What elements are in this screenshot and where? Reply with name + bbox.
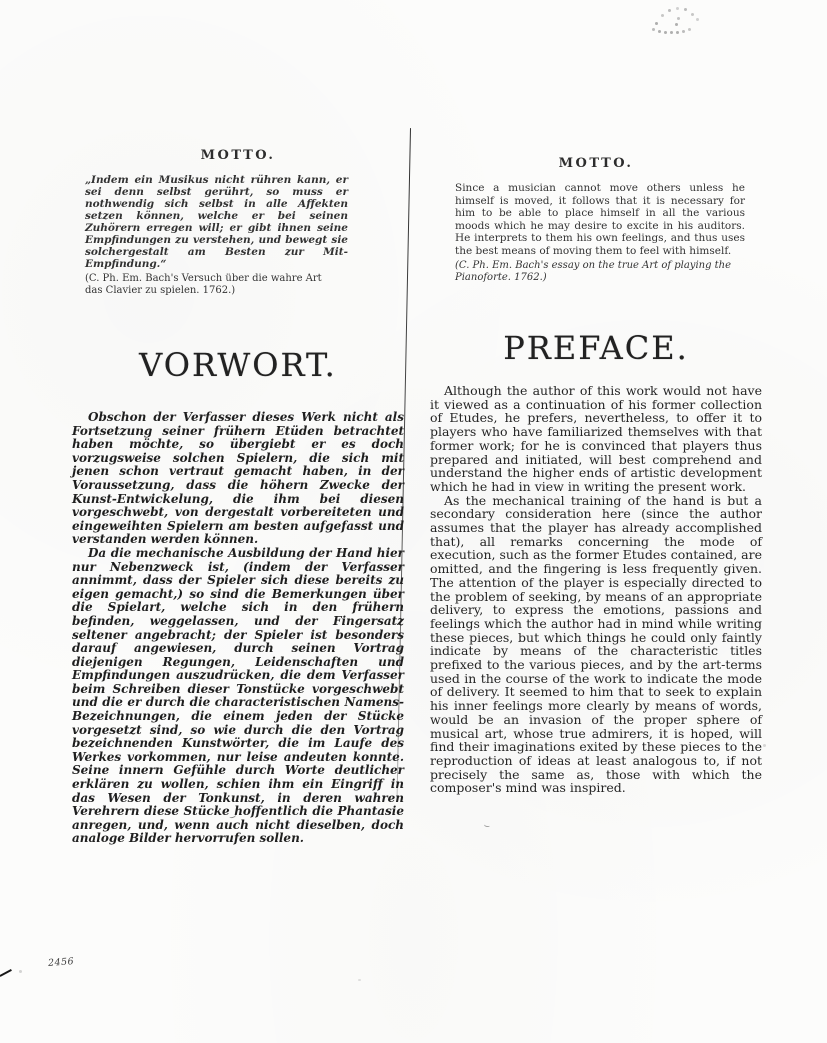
ink-speck: [19, 970, 22, 973]
scan-smudge-mark: [655, 22, 658, 25]
ink-speck: [358, 979, 361, 981]
english-column: MOTTO. Since a musician cannot move othe…: [430, 156, 762, 795]
german-paragraph-2: Da die mechanische Ausbildung der Hand h…: [72, 547, 404, 846]
motto-quote-english: Since a musician cannot move others unle…: [455, 182, 745, 257]
motto-quote-german: „Indem ein Musikus nicht rühren kann, er…: [85, 174, 348, 270]
page-corner-mark: [0, 969, 12, 977]
ink-speck: [484, 822, 491, 827]
english-paragraph-1: Although the author of this work would n…: [430, 384, 762, 494]
german-paragraph-1: Obschon der Verfasser dieses Werk nicht …: [72, 411, 404, 547]
preface-title-german: VORWORT.: [72, 346, 404, 384]
scanned-document-page: MOTTO. „Indem ein Musikus nicht rühren k…: [0, 0, 827, 1043]
plate-number: 2456: [48, 956, 75, 969]
preface-title-english: PREFACE.: [430, 329, 762, 367]
motto-credit-english: (C. Ph. Em. Bach's essay on the true Art…: [455, 260, 732, 283]
german-column: MOTTO. „Indem ein Musikus nicht rühren k…: [72, 148, 404, 846]
english-paragraph-2: As the mechanical training of the hand i…: [430, 494, 762, 795]
motto-credit-german: (C. Ph. Em. Bach's Versuch über die wahr…: [85, 273, 334, 296]
german-body-text: Obschon der Verfasser dieses Werk nicht …: [72, 411, 404, 846]
ink-speck: [763, 744, 766, 747]
english-body-text: Although the author of this work would n…: [430, 384, 762, 795]
motto-heading-english: MOTTO.: [430, 156, 762, 171]
motto-heading-german: MOTTO.: [72, 148, 404, 163]
